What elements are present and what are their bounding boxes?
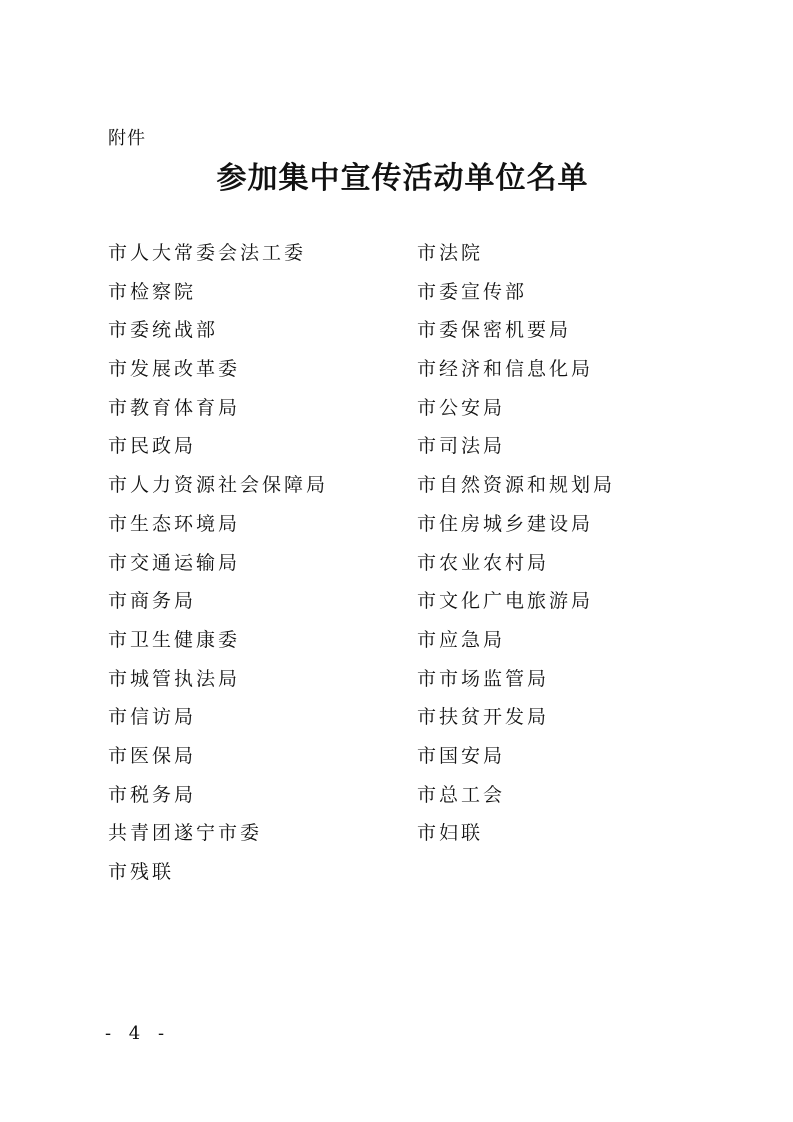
list-item: 市司法局 (417, 431, 615, 470)
list-item: 市住房城乡建设局 (417, 509, 615, 548)
list-item: 市妇联 (417, 818, 615, 857)
list-item: 市商务局 (108, 586, 328, 625)
list-item: 市教育体育局 (108, 393, 328, 432)
list-item: 市法院 (417, 238, 615, 277)
list-item: 市生态环境局 (108, 509, 328, 548)
list-item: 市委宣传部 (417, 277, 615, 316)
list-item: 市扶贫开发局 (417, 702, 615, 741)
list-item: 市委保密机要局 (417, 315, 615, 354)
list-item: 市发展改革委 (108, 354, 328, 393)
list-item: 市交通运输局 (108, 548, 328, 587)
list-item: 市文化广电旅游局 (417, 586, 615, 625)
list-item: 共青团遂宁市委 (108, 818, 328, 857)
list-item: 市民政局 (108, 431, 328, 470)
list-item: 市卫生健康委 (108, 625, 328, 664)
list-item: 市城管执法局 (108, 664, 328, 703)
page-number: - 4 - (105, 1023, 170, 1044)
unit-list-right: 市法院 市委宣传部 市委保密机要局 市经济和信息化局 市公安局 市司法局 市自然… (417, 238, 615, 857)
list-item: 市人力资源社会保障局 (108, 470, 328, 509)
list-item: 市医保局 (108, 741, 328, 780)
list-item: 市总工会 (417, 780, 615, 819)
unit-list-left: 市人大常委会法工委 市检察院 市委统战部 市发展改革委 市教育体育局 市民政局 … (108, 238, 328, 896)
list-item: 市国安局 (417, 741, 615, 780)
list-item: 市委统战部 (108, 315, 328, 354)
list-item: 市公安局 (417, 393, 615, 432)
document-title: 参加集中宣传活动单位名单 (0, 153, 793, 197)
list-item: 市残联 (108, 857, 328, 896)
list-item: 市市场监管局 (417, 664, 615, 703)
attachment-label: 附件 (108, 124, 146, 150)
list-item: 市经济和信息化局 (417, 354, 615, 393)
list-item: 市税务局 (108, 780, 328, 819)
list-item: 市应急局 (417, 625, 615, 664)
list-item: 市农业农村局 (417, 548, 615, 587)
list-item: 市人大常委会法工委 (108, 238, 328, 277)
list-item: 市检察院 (108, 277, 328, 316)
list-item: 市自然资源和规划局 (417, 470, 615, 509)
list-item: 市信访局 (108, 702, 328, 741)
